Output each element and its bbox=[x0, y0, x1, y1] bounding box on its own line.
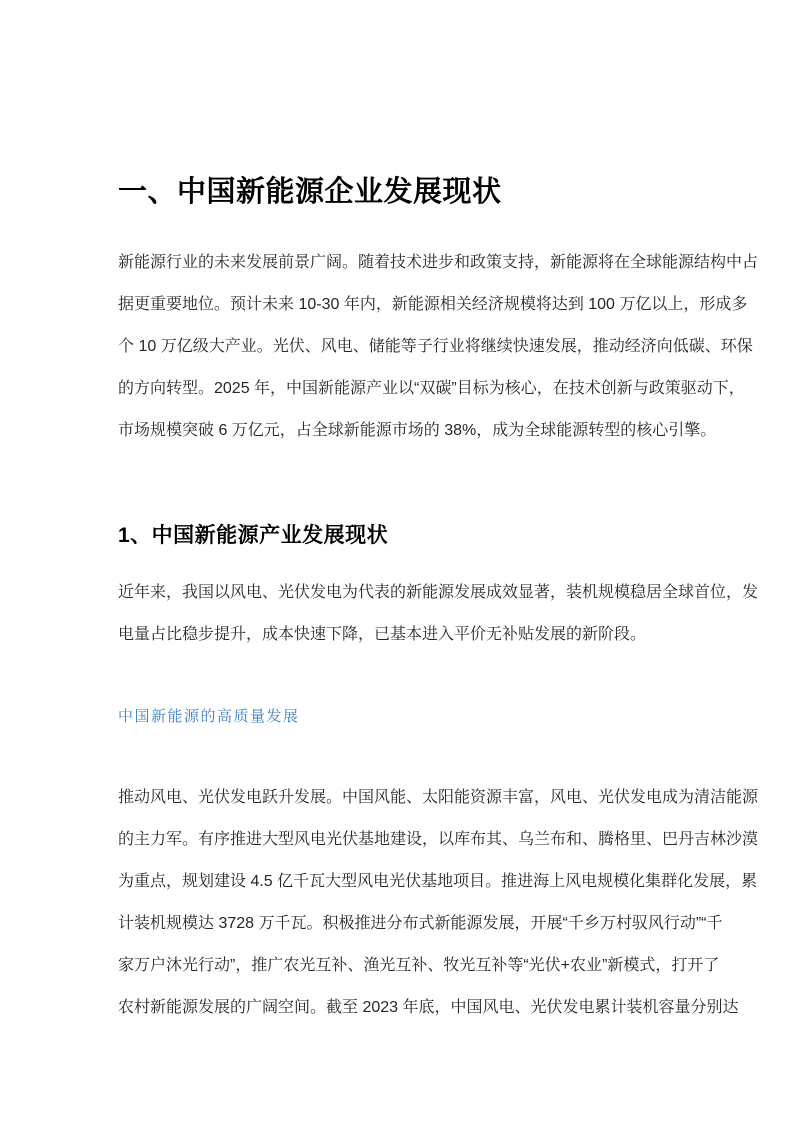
text-line: 新能源行业的未来发展前景广阔。随着技术进步和政策支持，新能源将在全球能源结构中占 bbox=[118, 242, 674, 284]
section-paragraph: 近年来，我国以风电、光伏发电为代表的新能源发展成效显著，装机规模稳居全球首位，发… bbox=[118, 572, 674, 656]
text-line: 据更重要地位。预计未来 10-30 年内，新能源相关经济规模将达到 100 万亿… bbox=[118, 284, 674, 326]
text-line: 为重点，规划建设 4.5 亿千瓦大型风电光伏基地项目。推进海上风电规模化集群化发… bbox=[118, 861, 674, 903]
text-line: 农村新能源发展的广阔空间。截至 2023 年底，中国风电、光伏发电累计装机容量分… bbox=[118, 987, 674, 1029]
section-heading: 1、中国新能源产业发展现状 bbox=[118, 520, 678, 552]
text-line: 个 10 万亿级大产业。光伏、风电、储能等子行业将继续快速发展，推动经济向低碳、… bbox=[118, 326, 674, 368]
text-line: 的方向转型。2025 年，中国新能源产业以“双碳”目标为核心，在技术创新与政策驱… bbox=[118, 368, 674, 410]
text-line: 计装机规模达 3728 万千瓦。积极推进分布式新能源发展，开展“千乡万村驭风行动… bbox=[118, 903, 674, 945]
text-line: 的主力军。有序推进大型风电光伏基地建设，以库布其、乌兰布和、腾格里、巴丹吉林沙漠 bbox=[118, 819, 674, 861]
page-title: 一、中国新能源企业发展现状 bbox=[118, 170, 678, 214]
text-line: 电量占比稳步提升，成本快速下降，已基本进入平价无补贴发展的新阶段。 bbox=[118, 614, 674, 656]
text-line: 家万户沐光行动”，推广农光互补、渔光互补、牧光互补等“光伏+农业”新模式，打开了 bbox=[118, 945, 674, 987]
text-line: 推动风电、光伏发电跃升发展。中国风能、太阳能资源丰富，风电、光伏发电成为清洁能源 bbox=[118, 777, 674, 819]
text-line: 近年来，我国以风电、光伏发电为代表的新能源发展成效显著，装机规模稳居全球首位，发 bbox=[118, 572, 674, 614]
intro-paragraph: 新能源行业的未来发展前景广阔。随着技术进步和政策支持，新能源将在全球能源结构中占… bbox=[118, 242, 674, 452]
detail-paragraph: 推动风电、光伏发电跃升发展。中国风能、太阳能资源丰富，风电、光伏发电成为清洁能源… bbox=[118, 777, 674, 1029]
reference-link[interactable]: 中国新能源的高质量发展 bbox=[118, 706, 300, 728]
text-line: 市场规模突破 6 万亿元，占全球新能源市场的 38%，成为全球能源转型的核心引擎… bbox=[118, 410, 674, 452]
document-page: 一、中国新能源企业发展现状 新能源行业的未来发展前景广阔。随着技术进步和政策支持… bbox=[0, 0, 794, 1123]
